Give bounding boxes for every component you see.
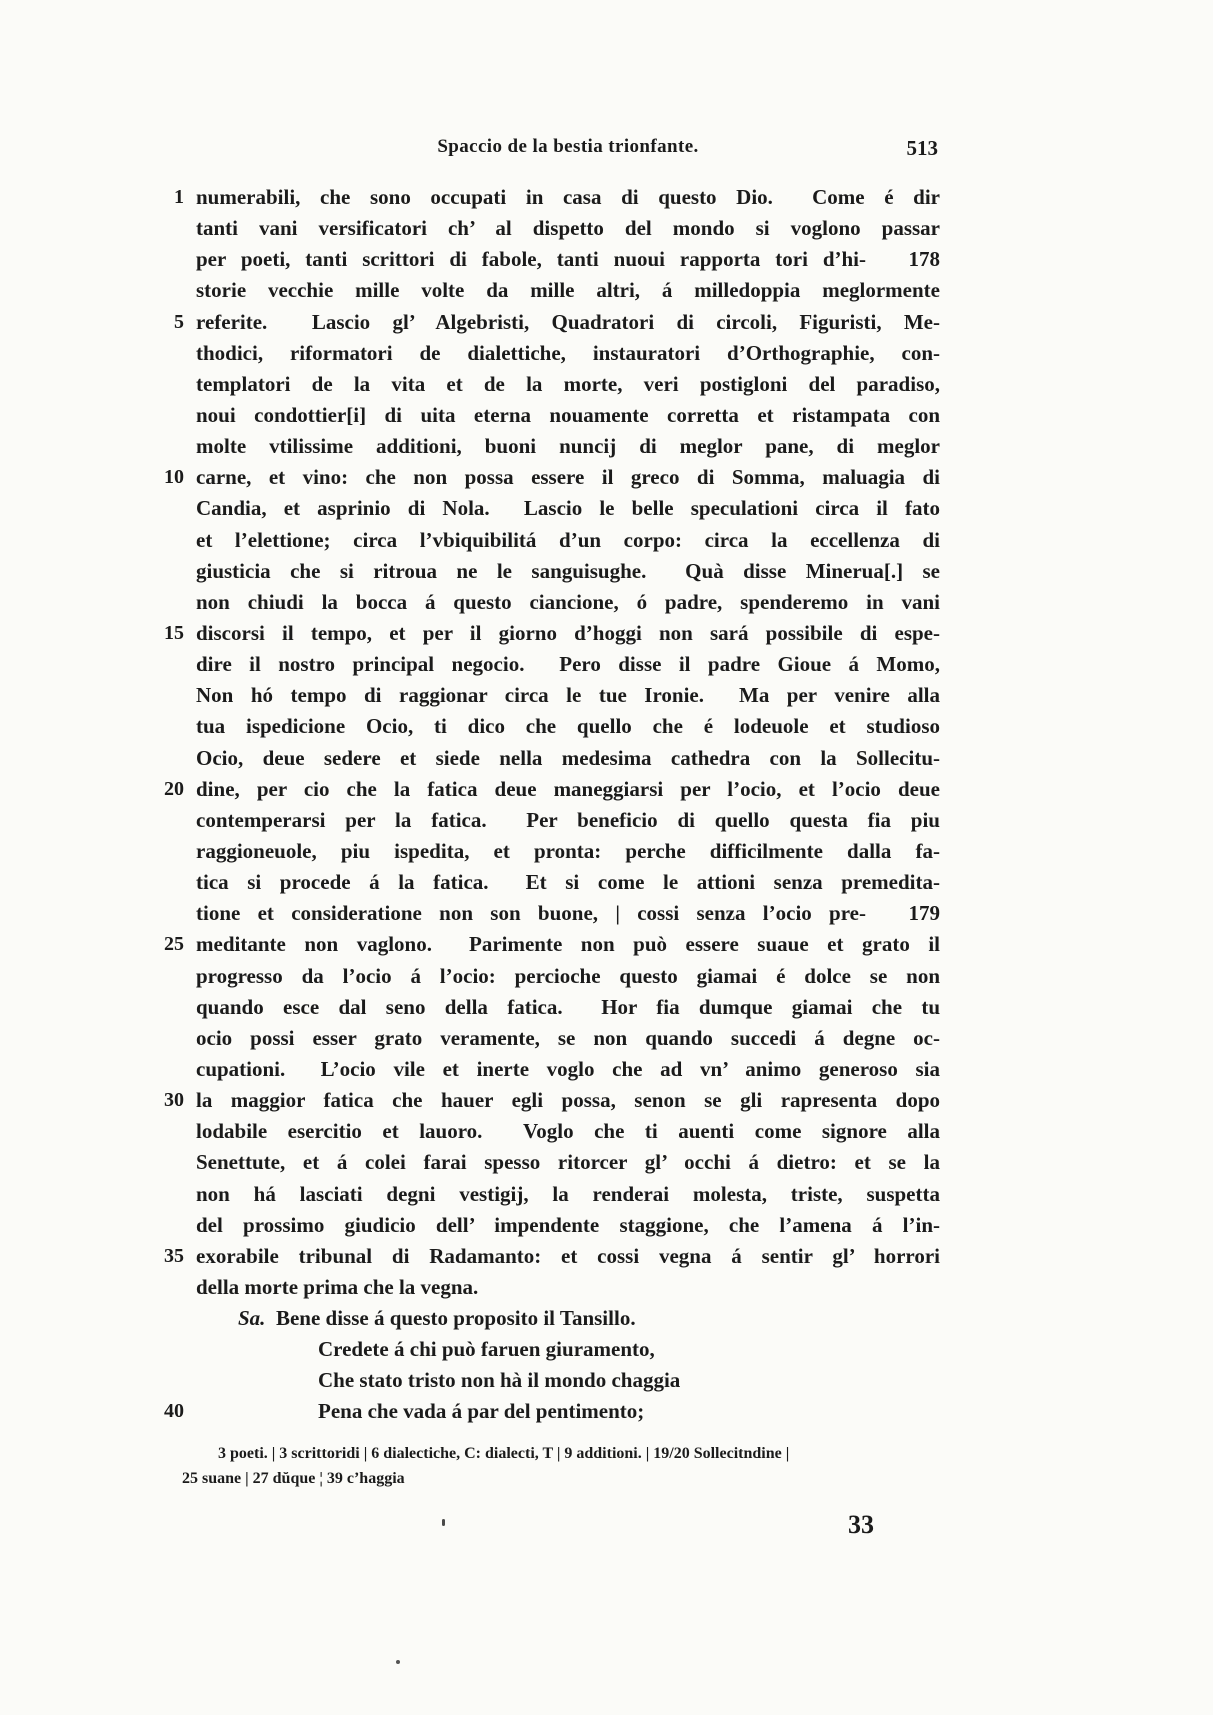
line-number: 25 xyxy=(142,929,184,960)
line-text: Non hó tempo di raggionar circa le tue I… xyxy=(196,680,940,711)
footnote-line-2: 25 suane | 27 dŭque ¦ 39 c’haggia xyxy=(182,1466,942,1491)
line-text: Candia, et asprinio di Nola. Lascio le b… xyxy=(196,493,940,524)
text-line: 1 numerabili, che sono occupati in casa … xyxy=(196,182,940,213)
text-line: 5 referite. Lascio gl’ Algebristi, Quadr… xyxy=(196,307,940,338)
text-line: Ocio, deue sedere et siede nella medesim… xyxy=(196,743,940,774)
text-line: tione et consideratione non son buone, |… xyxy=(196,898,940,929)
line-number: 1 xyxy=(142,182,184,213)
text-line: 40 Pena che vada á par del pentimento; xyxy=(196,1396,940,1427)
text-body: 1 numerabili, che sono occupati in casa … xyxy=(196,182,940,1428)
text-line: 35 exorabile tribunal di Radamanto: et c… xyxy=(196,1241,940,1272)
text-line: Credete á chi può faruen giuramento, xyxy=(196,1334,940,1365)
line-text: quando esce dal seno della fatica. Hor f… xyxy=(196,992,940,1023)
text-line: della morte prima che la vegna. xyxy=(196,1272,940,1303)
text-line: cupationi. L’ocio vile et inerte voglo c… xyxy=(196,1054,940,1085)
line-number: 5 xyxy=(142,307,184,338)
line-text: meditante non vaglono. Parimente non può… xyxy=(196,929,940,960)
text-line: Sa. Bene disse á questo proposito il Tan… xyxy=(196,1303,940,1334)
line-text: cupationi. L’ocio vile et inerte voglo c… xyxy=(196,1054,940,1085)
line-number: 30 xyxy=(142,1085,184,1116)
line-text: per poeti, tanti scrittori di fabole, ta… xyxy=(196,244,940,275)
line-text: storie vecchie mille volte da mille altr… xyxy=(196,275,940,306)
text-line: raggioneuole, piu ispedita, et pronta: p… xyxy=(196,836,940,867)
text-line: dire il nostro principal negocio. Pero d… xyxy=(196,649,940,680)
text-line: molte vtilissime additioni, buoni nuncij… xyxy=(196,431,940,462)
line-number: 20 xyxy=(142,774,184,805)
text-line: per poeti, tanti scrittori di fabole, ta… xyxy=(196,244,940,275)
line-text: raggioneuole, piu ispedita, et pronta: p… xyxy=(196,836,940,867)
text-line: noui condottier[i] di uita eterna nouame… xyxy=(196,400,940,431)
line-text: tanti vani versificatori ch’ al dispetto… xyxy=(196,213,940,244)
line-text: progresso da l’ocio á l’ocio: percioche … xyxy=(196,961,940,992)
line-text: Senettute, et á colei farai spesso ritor… xyxy=(196,1147,940,1178)
line-text: noui condottier[i] di uita eterna nouame… xyxy=(196,400,940,431)
line-text: ocio possi esser grato veramente, se non… xyxy=(196,1023,940,1054)
line-text: la maggior fatica che hauer egli possa, … xyxy=(196,1085,940,1116)
line-number: 35 xyxy=(142,1241,184,1272)
text-line: Che stato tristo non hà il mondo chaggia xyxy=(196,1365,940,1396)
text-line: thodici, riformatori de dialettiche, ins… xyxy=(196,338,940,369)
text-line: Non hó tempo di raggionar circa le tue I… xyxy=(196,680,940,711)
line-number: 10 xyxy=(142,462,184,493)
line-text: templatori de la vita et de la morte, ve… xyxy=(196,369,940,400)
text-line: Senettute, et á colei farai spesso ritor… xyxy=(196,1147,940,1178)
running-title: Spaccio de la bestia trionfante. xyxy=(196,136,940,158)
line-text: tione et consideratione non son buone, |… xyxy=(196,898,940,929)
line-text: del prossimo giudicio dell’ impendente s… xyxy=(196,1210,940,1241)
line-text: giusticia che si ritroua ne le sanguisug… xyxy=(196,556,940,587)
line-text: tica si procede á la fatica. Et si come … xyxy=(196,867,940,898)
text-line: non há lasciati degni vestigij, la rende… xyxy=(196,1179,940,1210)
text-line: giusticia che si ritroua ne le sanguisug… xyxy=(196,556,940,587)
text-line: progresso da l’ocio á l’ocio: percioche … xyxy=(196,961,940,992)
text-line: tica si procede á la fatica. Et si come … xyxy=(196,867,940,898)
line-text: Pena che vada á par del pentimento; xyxy=(196,1396,940,1427)
line-text: Ocio, deue sedere et siede nella medesim… xyxy=(196,743,940,774)
line-text: lodabile esercitio et lauoro. Voglo che … xyxy=(196,1116,940,1147)
text-line: Candia, et asprinio di Nola. Lascio le b… xyxy=(196,493,940,524)
speaker-label: Sa. xyxy=(238,1306,265,1330)
line-text: exorabile tribunal di Radamanto: et coss… xyxy=(196,1241,940,1272)
text-line: tanti vani versificatori ch’ al dispetto… xyxy=(196,213,940,244)
line-text: molte vtilissime additioni, buoni nuncij… xyxy=(196,431,940,462)
text-line: 20 dine, per cio che la fatica deue mane… xyxy=(196,774,940,805)
scan-speck xyxy=(396,1660,400,1664)
text-line: del prossimo giudicio dell’ impendente s… xyxy=(196,1210,940,1241)
text-line: tua ispedicione Ocio, ti dico che quello… xyxy=(196,711,940,742)
signature-number: 33 xyxy=(848,1510,874,1540)
page-number: 513 xyxy=(907,136,939,161)
text-line: 10 carne, et vino: che non possa essere … xyxy=(196,462,940,493)
text-line: ocio possi esser grato veramente, se non… xyxy=(196,1023,940,1054)
line-text: della morte prima che la vegna. xyxy=(196,1272,940,1303)
line-text: carne, et vino: che non possa essere il … xyxy=(196,462,940,493)
line-text: discorsi il tempo, et per il giorno d’ho… xyxy=(196,618,940,649)
line-text: tua ispedicione Ocio, ti dico che quello… xyxy=(196,711,940,742)
text-line: storie vecchie mille volte da mille altr… xyxy=(196,275,940,306)
footnote-line-1: 3 poeti. | 3 scrittoridi | 6 dialectiche… xyxy=(182,1441,942,1466)
text-line: et l’elettione; circa l’vbiquibilitá d’u… xyxy=(196,525,940,556)
line-number: 15 xyxy=(142,618,184,649)
text-line: 15 discorsi il tempo, et per il giorno d… xyxy=(196,618,940,649)
text-line: 25 meditante non vaglono. Parimente non … xyxy=(196,929,940,960)
line-text: Credete á chi può faruen giuramento, xyxy=(196,1334,940,1365)
text-line: lodabile esercitio et lauoro. Voglo che … xyxy=(196,1116,940,1147)
scan-speck xyxy=(442,1519,445,1526)
line-text: numerabili, che sono occupati in casa di… xyxy=(196,182,940,213)
running-header: Spaccio de la bestia trionfante. 513 xyxy=(196,136,940,166)
line-text: non há lasciati degni vestigij, la rende… xyxy=(196,1179,940,1210)
line-text: dine, per cio che la fatica deue maneggi… xyxy=(196,774,940,805)
margin-folio-number: 178 xyxy=(909,244,941,275)
line-number: 40 xyxy=(142,1396,184,1427)
line-text: contemperarsi per la fatica. Per benefic… xyxy=(196,805,940,836)
text-line: non chiudi la bocca á questo ciancione, … xyxy=(196,587,940,618)
line-text: Che stato tristo non hà il mondo chaggia xyxy=(196,1365,940,1396)
line-text: thodici, riformatori de dialettiche, ins… xyxy=(196,338,940,369)
text-line: quando esce dal seno della fatica. Hor f… xyxy=(196,992,940,1023)
text-line: contemperarsi per la fatica. Per benefic… xyxy=(196,805,940,836)
line-text: non chiudi la bocca á questo ciancione, … xyxy=(196,587,940,618)
text-line: 30 la maggior fatica che hauer egli poss… xyxy=(196,1085,940,1116)
margin-folio-number: 179 xyxy=(909,898,941,929)
critical-apparatus: 3 poeti. | 3 scrittoridi | 6 dialectiche… xyxy=(182,1441,942,1491)
line-text: dire il nostro principal negocio. Pero d… xyxy=(196,649,940,680)
line-text: Sa. Bene disse á questo proposito il Tan… xyxy=(196,1303,940,1334)
line-text: et l’elettione; circa l’vbiquibilitá d’u… xyxy=(196,525,940,556)
scanned-page: Spaccio de la bestia trionfante. 513 1 n… xyxy=(0,0,1213,1715)
line-text: referite. Lascio gl’ Algebristi, Quadrat… xyxy=(196,307,940,338)
text-line: templatori de la vita et de la morte, ve… xyxy=(196,369,940,400)
